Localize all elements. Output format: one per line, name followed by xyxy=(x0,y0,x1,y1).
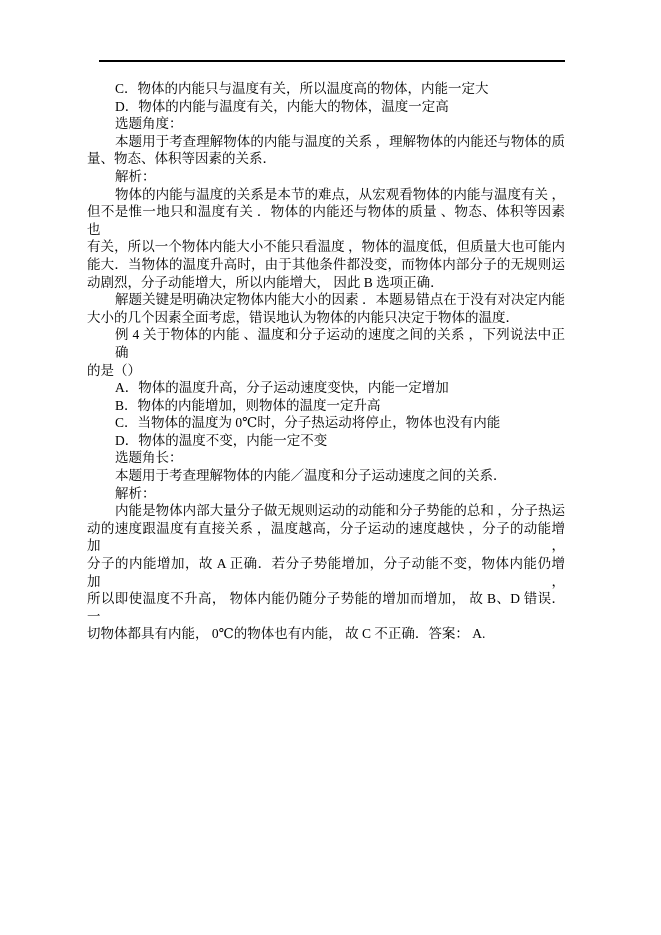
text-line: 本题用于考查理解物体的内能／温度和分子运动速度之间的关系． xyxy=(87,467,565,485)
document-text: C．物体的内能只与温度有关，所以温度高的物体，内能一定大D．物体的内能与温度有关… xyxy=(87,80,565,643)
text-line: 能大．当物体的温度升高时，由于其他条件都没变，而物体内部分子的无规则运 xyxy=(87,256,565,274)
text-line: C．物体的内能只与温度有关，所以温度高的物体，内能一定大 xyxy=(87,80,565,98)
text-line: D．物体的内能与温度有关，内能大的物体，温度一定高 xyxy=(87,98,565,116)
text-line: C．当物体的温度为 0℃时，分子热运动将停止，物体也没有内能 xyxy=(87,414,565,432)
text-line: 解析： xyxy=(87,485,565,503)
text-line: 动剧烈，分子动能增大，所以内能增大， 因此 B 选项正确． xyxy=(87,274,565,292)
text-line: 例 4 关于物体的内能 、温度和分子运动的速度之间的关系 ，下列说法中正确 xyxy=(87,326,565,361)
document-page: C．物体的内能只与温度有关，所以温度高的物体，内能一定大D．物体的内能与温度有关… xyxy=(0,0,661,935)
text-line: 解题关键是明确决定物体内能大小的因素 ．本题易错点在于没有对决定内能 xyxy=(87,291,565,309)
text-line: 但不是惟一地只和温度有关 ．物体的内能还与物体的质量 、物态、体积等因素也 xyxy=(87,203,565,238)
text-line: 物体的内能与温度的关系是本节的难点，从宏观看物体的内能与温度有关 ， xyxy=(87,186,565,204)
text-line: 分子的内能增加，故 A 正确．若分子势能增加，分子动能不变，物体内能仍增加， xyxy=(87,555,565,590)
horizontal-rule xyxy=(99,60,565,62)
text-line: 有关，所以一个物体内能大小不能只看温度 ，物体的温度低，但质量大也可能内 xyxy=(87,238,565,256)
text-line: 选题角度： xyxy=(87,115,565,133)
text-line: 所以即使温度不升高， 物体内能仍随分子势能的增加而增加， 故 B、D 错误． 一 xyxy=(87,590,565,625)
text-line: 的是（） xyxy=(87,362,565,380)
text-line: B．物体的内能增加，则物体的温度一定升高 xyxy=(87,397,565,415)
text-line: 切物体都具有内能， 0℃的物体也有内能， 故 C 不正确．答案： A. xyxy=(87,625,565,643)
text-line: 量、物态、体积等因素的关系． xyxy=(87,150,565,168)
text-line: A．物体的温度升高，分子运动速度变快，内能一定增加 xyxy=(87,379,565,397)
text-line: 解析： xyxy=(87,168,565,186)
text-line: 内能是物体内部大量分子做无规则运动的动能和分子势能的总和 ，分子热运 xyxy=(87,502,565,520)
text-line: 大小的几个因素全面考虑，错误地认为物体的内能只决定于物体的温度． xyxy=(87,309,565,327)
text-line: 选题角长： xyxy=(87,449,565,467)
text-line: 动的速度跟温度有直接关系 ，温度越高，分子运动的速度越快 ，分子的动能增加， xyxy=(87,520,565,555)
text-line: 本题用于考查理解物体的内能与温度的关系 ，理解物体的内能还与物体的质 xyxy=(87,133,565,151)
text-line: D．物体的温度不变，内能一定不变 xyxy=(87,432,565,450)
